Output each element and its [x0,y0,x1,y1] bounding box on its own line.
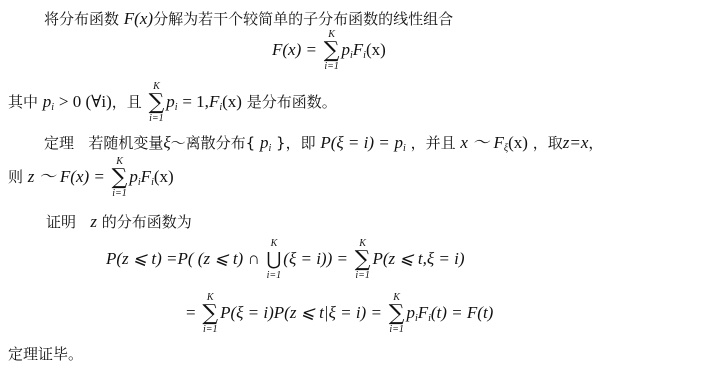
intro-math: F(x) [124,9,153,28]
sum-icon: ∑ [112,167,128,189]
sum-icon: ∑ [202,303,218,325]
union-operator: K ⋃ i=1 [267,239,282,281]
proof-end-line: 定理证毕。 [8,344,83,364]
then-line: 则 z ～ F(x) = K ∑ i=1 piFi(x) [8,156,174,204]
sum-icon: ∑ [324,40,340,62]
sum-icon: ∑ [389,303,405,325]
sum-operator: K ∑ i=1 [389,293,405,335]
sum-operator: K ∑ i=1 [112,157,128,199]
proof-line: 证明 z 的分布函数为 [46,212,192,232]
equation-2: P(z ⩽ t) =P( (z ⩽ t) ∩ K ⋃ i=1 (ξ = i)) … [106,238,465,281]
sum-icon: ∑ [355,249,371,271]
intro-line: 将分布函数 F(x)分解为若干个较简单的子分布函数的线性组合 [44,9,453,29]
proof-label: 证明 [46,213,76,231]
intro-text-2: 分解为若干个较简单的子分布函数的线性组合 [153,10,453,28]
union-icon: ⋃ [267,249,282,271]
intro-text-1: 将分布函数 [44,10,119,28]
equation-3: = K ∑ i=1 P(ξ = i)P(z ⩽ t|ξ = i) = K ∑ i… [186,292,493,340]
sum-icon: ∑ [149,92,165,114]
theorem-label: 定理 [44,134,74,152]
sum-operator: K ∑ i=1 [324,30,340,72]
condition-line: 其中 pi > 0 (∀i)，且 K ∑ i=1 pi = 1,Fi(x) 是分… [8,81,337,129]
equation-1: F(x) = K ∑ i=1 piFi(x) [272,29,386,77]
eq1-lhs: F(x) = [272,40,317,59]
sum-operator: K ∑ i=1 [149,82,165,124]
sum-operator: K ∑ i=1 [355,239,371,281]
sum-operator: K ∑ i=1 [202,293,218,335]
